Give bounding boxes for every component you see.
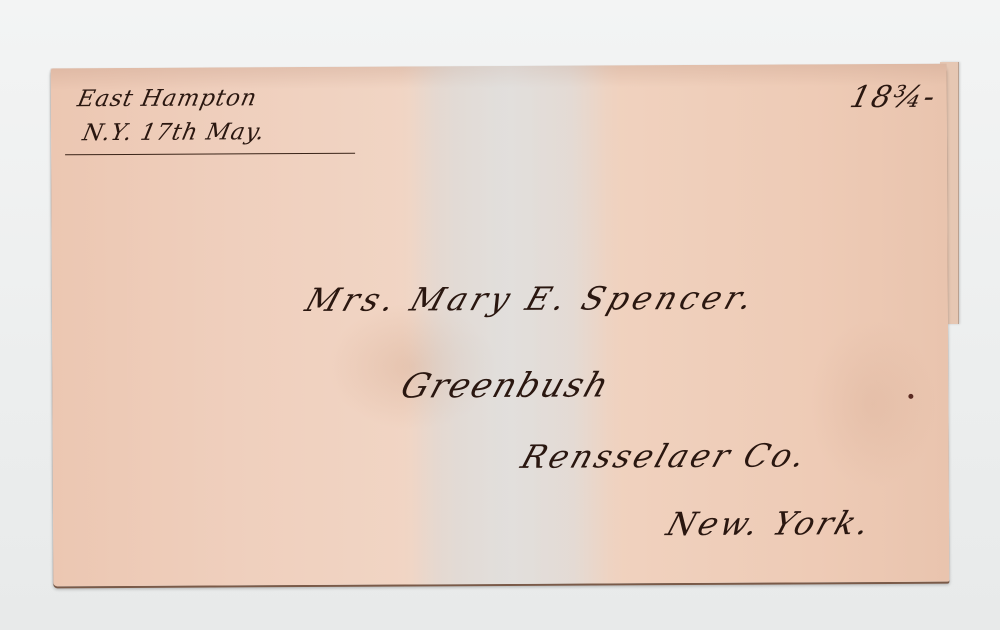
postage-rate: 18¾-: [847, 80, 941, 115]
postmark-town: East Hampton: [75, 85, 259, 112]
folded-letter: East Hampton N.Y. 17th May. 18¾- Mrs. Ma…: [51, 64, 950, 587]
postmark-state-date: N.Y. 17th May.: [80, 119, 267, 146]
vertical-fold-band: [401, 65, 624, 584]
address-county: Rensselaer Co.: [517, 436, 814, 476]
addressee-name: Mrs. Mary E. Spencer.: [301, 279, 762, 319]
postmark-underline: [65, 153, 355, 156]
ink-spot: [908, 394, 913, 399]
address-city: Greenbush: [396, 365, 615, 406]
address-state: New. York.: [662, 504, 877, 543]
